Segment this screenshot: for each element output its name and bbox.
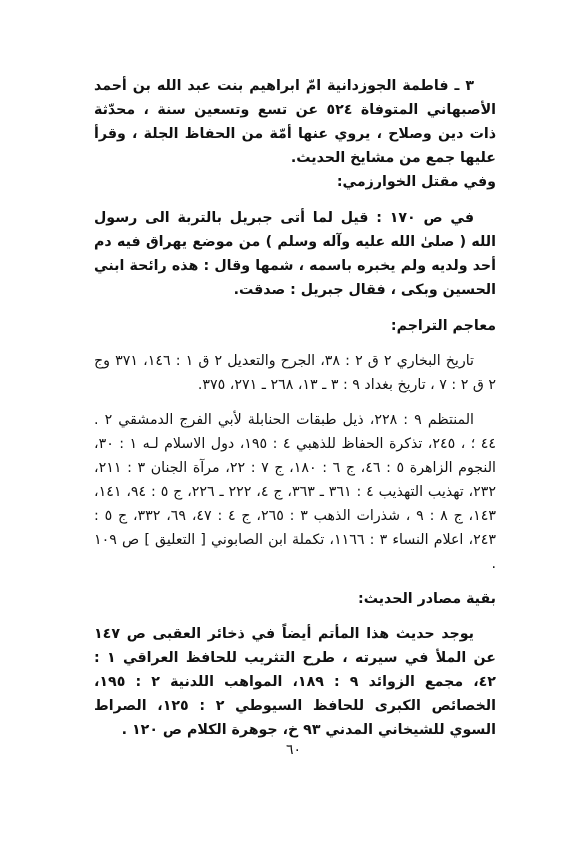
document-page: ٣ ـ فاطمة الجوزدانية امّ ابراهيم بنت عبد…	[94, 74, 496, 742]
section-heading-biographical-dictionaries: معاجم التراجم:	[94, 314, 496, 338]
paragraph-tarikh-references: تاريخ البخاري ٢ ق ٢ : ٣٨، الجرح والتعديل…	[94, 349, 496, 397]
section-heading-khwarazmi: وفي مقتل الخوارزمي:	[94, 170, 496, 194]
spacer	[94, 338, 496, 349]
paragraph-remaining-sources: يوجد حديث هذا المأتم أيضاً في ذخائر العق…	[94, 622, 496, 742]
paragraph-muntazam-references: المنتظم ٩ : ٢٢٨، ذيل طبقات الحنابلة لأبي…	[94, 408, 496, 576]
page-number: ٦٠	[0, 742, 587, 758]
spacer	[94, 397, 496, 408]
spacer	[94, 194, 496, 206]
spacer	[94, 302, 496, 314]
spacer	[94, 611, 496, 622]
paragraph-khwarazmi-narration: في ص ١٧٠ : قيل لما أتى جبريل بالتربة الى…	[94, 206, 496, 302]
entry-fatima-jawzadaniya: ٣ ـ فاطمة الجوزدانية امّ ابراهيم بنت عبد…	[94, 74, 496, 170]
spacer	[94, 576, 496, 587]
section-heading-remaining-sources: بقية مصادر الحديث:	[94, 587, 496, 611]
